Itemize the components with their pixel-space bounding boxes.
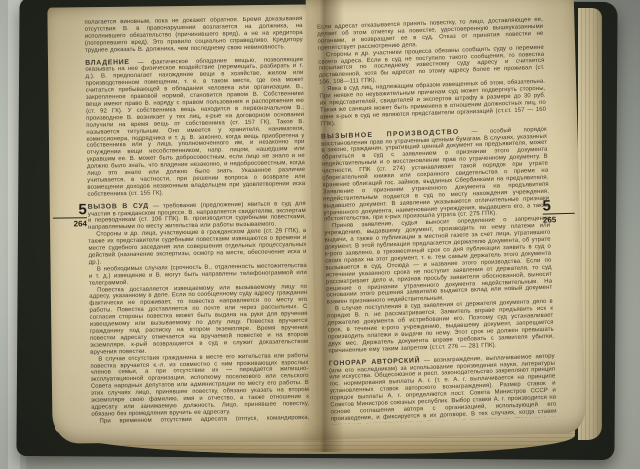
entry-paragraph: ГОНОРАР АВТОРСКИЙ — вознаграждение, выпл… bbox=[329, 353, 557, 424]
entry-body: — особый порядок восстановления прав по … bbox=[321, 126, 549, 223]
right-page: 5 265 Если адресат отказывается принять … bbox=[306, 0, 586, 440]
page-paragraph: Явка в суд лиц, надлежащим образом извещ… bbox=[319, 79, 546, 128]
entry-paragraph: Приняв заявление, судья выносит определе… bbox=[324, 216, 553, 307]
book-gutter-shadow bbox=[300, 0, 344, 452]
section-number: 5 bbox=[53, 203, 87, 216]
book-photo: 5 264 полагается виновным, пока не докаж… bbox=[0, 0, 640, 469]
page-paragraph: полагается виновным, пока не докажет обр… bbox=[84, 16, 303, 54]
entry-paragraph: Стороны и др. лица, участвующие в гражда… bbox=[88, 228, 307, 266]
entry-paragraph: ВЫЗЫВНОЕ ПРОИЗВОДСТВО — особый порядок в… bbox=[321, 126, 550, 224]
entry-paragraph: В случае поступления в суд заявления от … bbox=[327, 299, 555, 355]
entry-body: — фактическое обладание вещью, позволяющ… bbox=[85, 57, 305, 198]
left-page: 5 264 полагается виновным, пока не докаж… bbox=[47, 4, 324, 443]
entry-term: ВЫЗОВ В СУД bbox=[88, 202, 149, 210]
right-page-text: Если адресат отказывается принять повест… bbox=[317, 17, 557, 425]
entry-vyzov-v-sud: ВЫЗОВ В СУД — требование (предложение) я… bbox=[88, 201, 310, 424]
entry-vladenie: ВЛАДЕНИЕ — фактическое обладание вещью, … bbox=[85, 57, 305, 199]
page-number: 264 bbox=[53, 219, 87, 228]
left-margin-index: 5 264 bbox=[53, 203, 87, 228]
entry-paragraph: ВЫЗОВ В СУД — требование (предложение) я… bbox=[88, 201, 306, 232]
entry-paragraph: Повестка доставляется извещаемому или вы… bbox=[89, 283, 308, 356]
entry-vyzyvnoe-proizvodstvo: ВЫЗЫВНОЕ ПРОИЗВОДСТВО — особый порядок в… bbox=[321, 126, 555, 355]
entry-gonorar-avtorskij: ГОНОРАР АВТОРСКИЙ — вознаграждение, выпл… bbox=[329, 353, 557, 424]
entry-paragraph: ВЛАДЕНИЕ — фактическое обладание вещью, … bbox=[85, 57, 305, 199]
left-page-text: полагается виновным, пока не докажет обр… bbox=[84, 16, 309, 424]
entry-paragraph: В случае отсутствия гражданина в месте е… bbox=[90, 353, 309, 419]
